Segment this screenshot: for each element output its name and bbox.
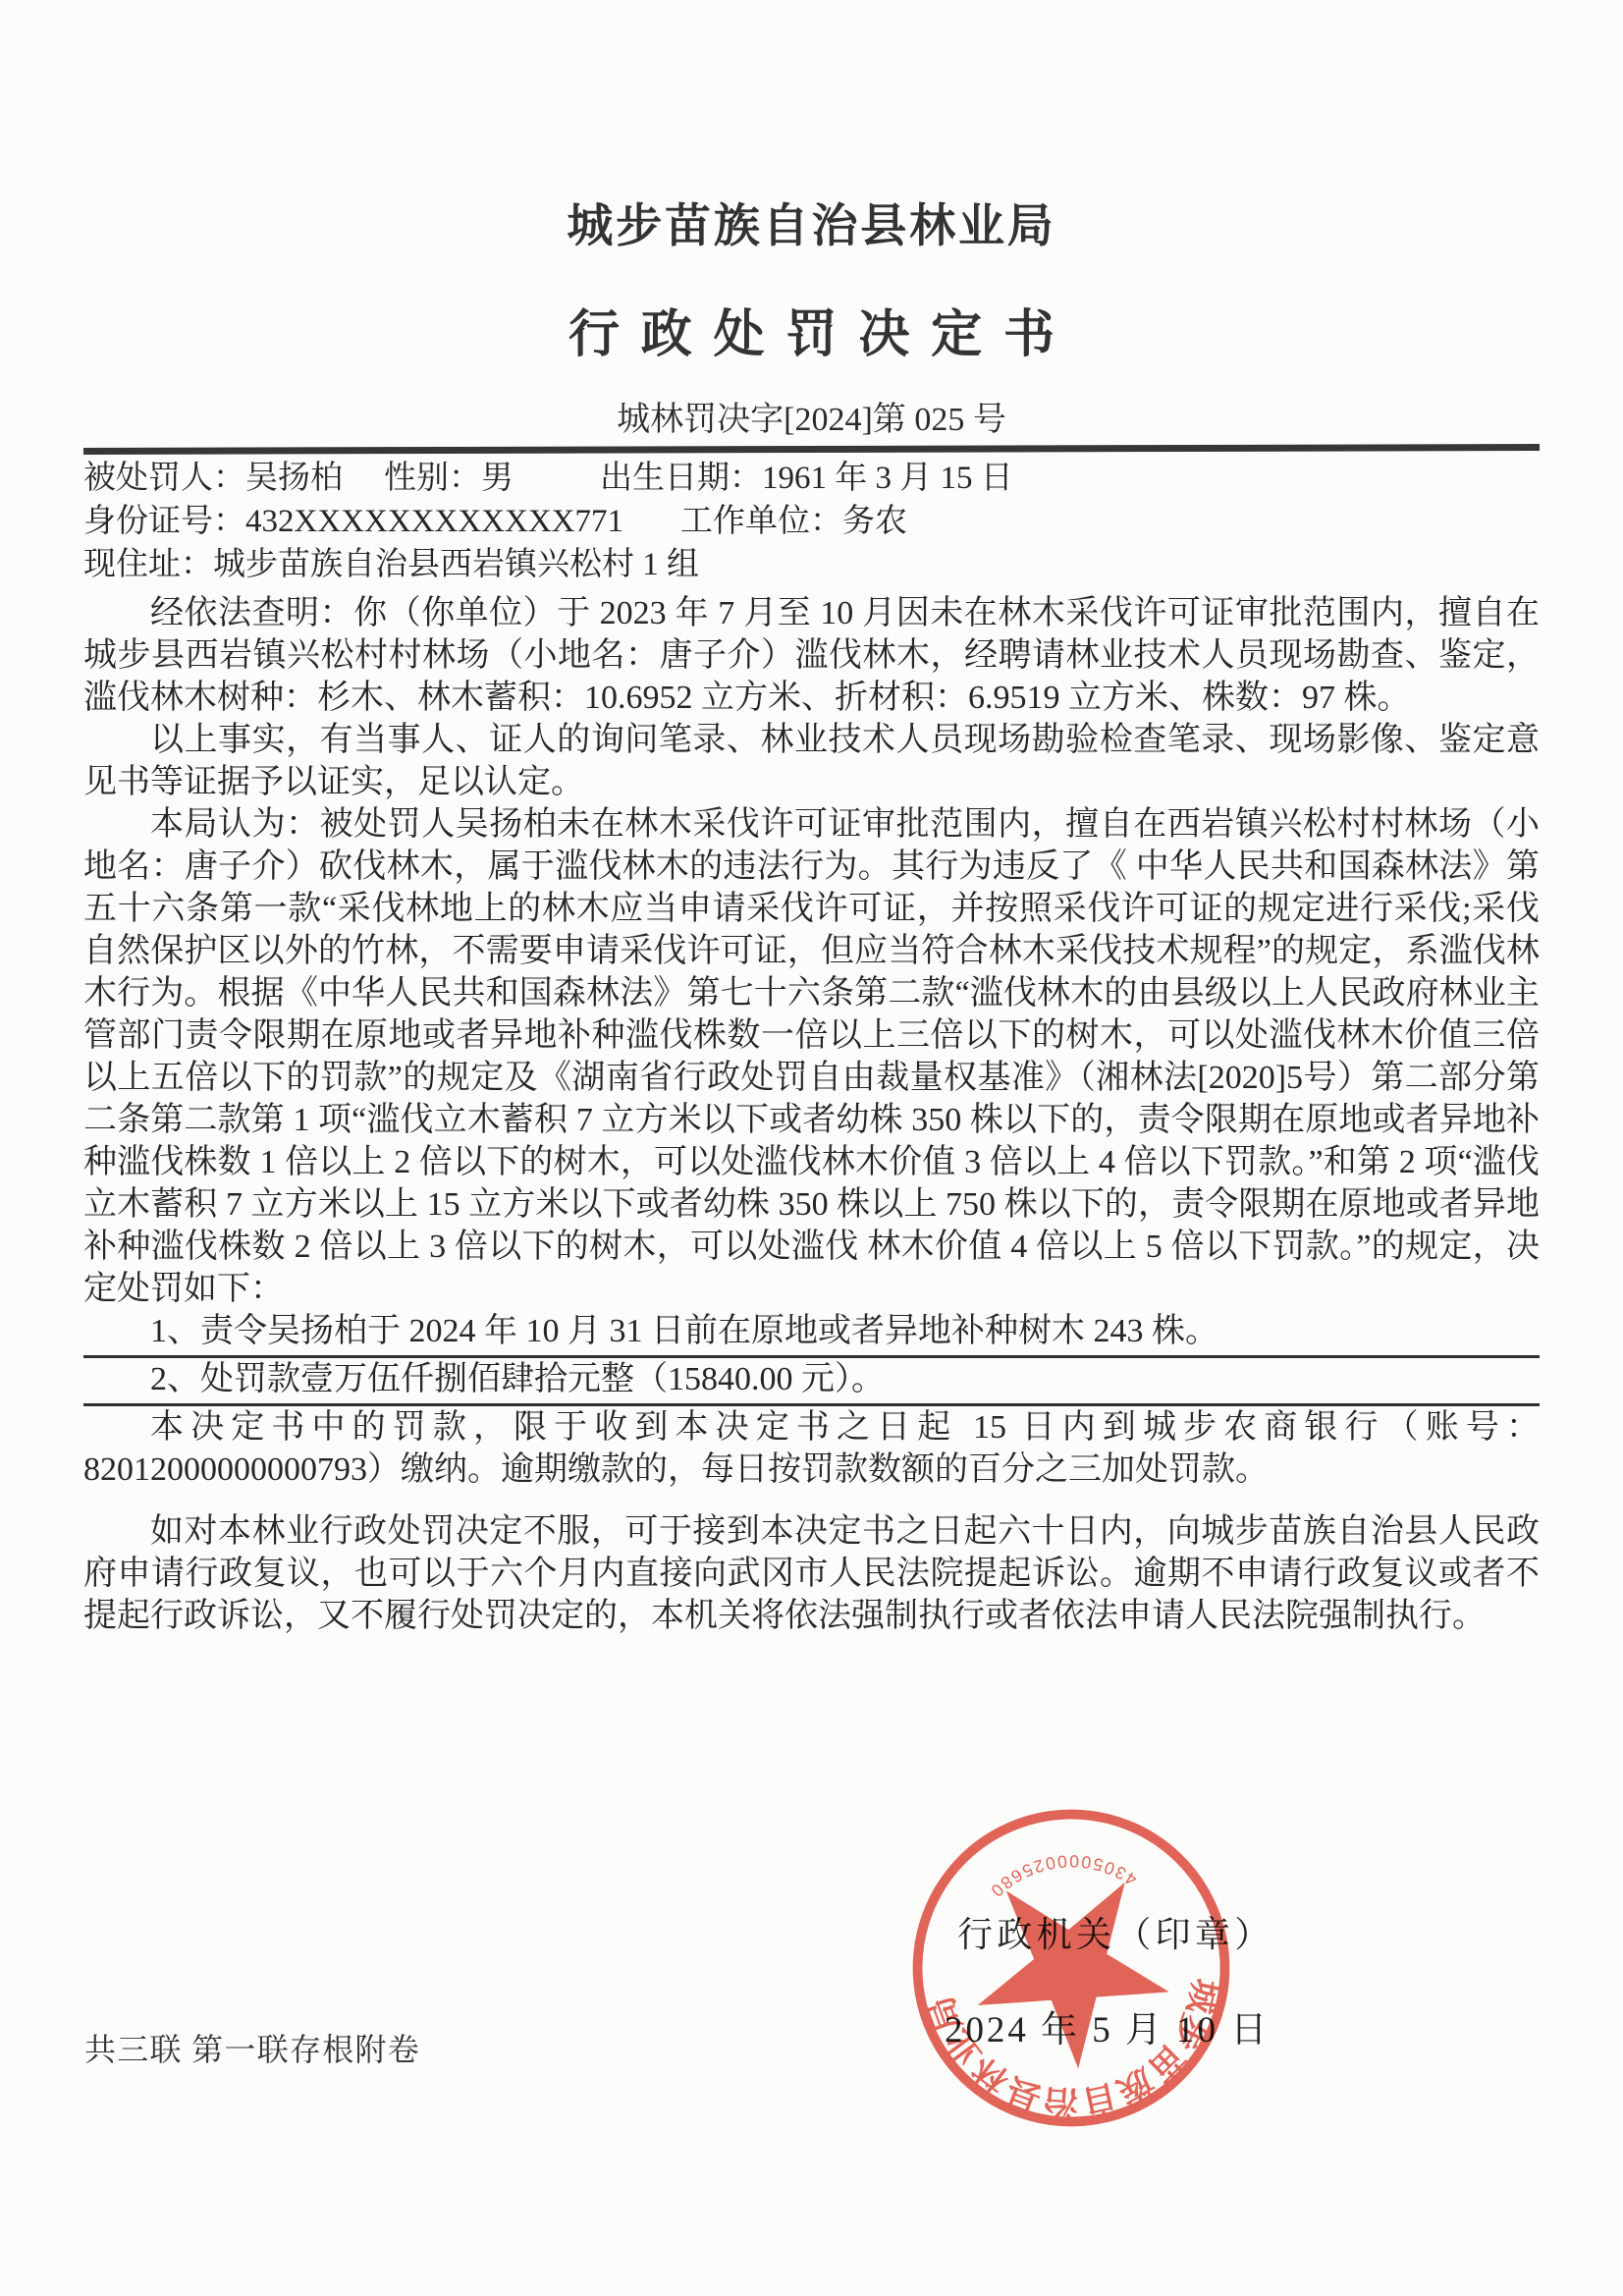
field-name: 被处罚人：吴扬柏 <box>83 457 343 500</box>
info-line-1: 被处罚人：吴扬柏性别：男出生日期：1961 年 3 月 15 日 <box>83 457 1540 500</box>
official-red-seal: 城步苗族自治县林业局 4305000025680 <box>898 1795 1244 2141</box>
field-address-value: 城步苗族自治县西岩镇兴松村 1 组 <box>213 547 699 582</box>
field-birthdate-label: 出生日期： <box>600 461 762 496</box>
header-divider <box>83 444 1540 455</box>
field-employer: 工作单位：务农 <box>680 500 907 543</box>
field-id-number: 身份证号：432XXXXXXXXXXXX771 <box>83 500 623 543</box>
paragraph-appeal-rights: 如对本林业行政处罚决定不服，可于接到本决定书之日起六十日内，向城步苗族自治县人民… <box>83 1510 1540 1637</box>
subject-info-block: 被处罚人：吴扬柏性别：男出生日期：1961 年 3 月 15 日 身份证号：43… <box>83 457 1540 586</box>
field-gender-label: 性别： <box>384 461 481 496</box>
field-name-value: 吴扬柏 <box>245 461 343 496</box>
document-title: 行政处罚决定书 <box>83 293 1540 366</box>
document-body: 经依法查明：你（你单位）于 2023 年 7 月至 10 月因未在林木采伐许可证… <box>83 592 1540 1637</box>
paragraph-legal-basis: 本局认为：被处罚人吴扬柏未在林木采伐许可证审批范围内，擅自在西岩镇兴松村村林场（… <box>83 803 1540 1310</box>
penalty-decision-document: 城步苗族自治县林业局 行政处罚决定书 城林罚决字[2024]第 025 号 被处… <box>0 0 1623 2296</box>
seal-group: 城步苗族自治县林业局 4305000025680 <box>907 1804 1235 2133</box>
issuing-org-title: 城步苗族自治县林业局 <box>83 190 1540 255</box>
field-employer-value: 务农 <box>842 504 907 539</box>
paragraph-evidence: 以上事实，有当事人、证人的询问笔录、林业技术人员现场勘验检查笔录、现场影像、鉴定… <box>83 719 1540 803</box>
info-line-3: 现住址：城步苗族自治县西岩镇兴松村 1 组 <box>83 543 1540 586</box>
field-birthdate: 出生日期：1961 年 3 月 15 日 <box>600 457 1013 500</box>
field-address-label: 现住址： <box>83 547 213 582</box>
field-name-label: 被处罚人： <box>83 461 245 496</box>
info-line-2: 身份证号：432XXXXXXXXXXXX771工作单位：务农 <box>83 500 1540 543</box>
field-address: 现住址：城步苗族自治县西岩镇兴松村 1 组 <box>83 543 699 586</box>
decision-item-fine: 2、处罚款壹万伍仟捌佰肆拾元整（15840.00 元）。 <box>83 1358 1540 1406</box>
field-birthdate-value: 1961 年 3 月 15 日 <box>762 461 1013 496</box>
field-id-number-value: 432XXXXXXXXXXXX771 <box>245 504 623 539</box>
seal-star-icon <box>970 1880 1174 2075</box>
paragraph-payment-instructions: 本决定书中的罚款，限于收到本决定书之日起 15 日内到城步农商银行（账号：820… <box>83 1406 1540 1491</box>
paragraph-facts: 经依法查明：你（你单位）于 2023 年 7 月至 10 月因未在林木采伐许可证… <box>83 592 1540 719</box>
field-gender: 性别：男 <box>384 457 514 500</box>
field-id-number-label: 身份证号： <box>83 504 245 539</box>
copies-note: 共三联 第一联存根附卷 <box>84 2025 420 2070</box>
document-number: 城林罚决字[2024]第 025 号 <box>83 392 1540 440</box>
field-employer-label: 工作单位： <box>680 504 842 539</box>
decision-item-replant: 1、责令吴扬柏于 2024 年 10 月 31 日前在原地或者异地补种树木 24… <box>83 1310 1540 1358</box>
document-content: 城步苗族自治县林业局 行政处罚决定书 城林罚决字[2024]第 025 号 被处… <box>83 0 1540 1637</box>
field-gender-value: 男 <box>481 461 514 496</box>
